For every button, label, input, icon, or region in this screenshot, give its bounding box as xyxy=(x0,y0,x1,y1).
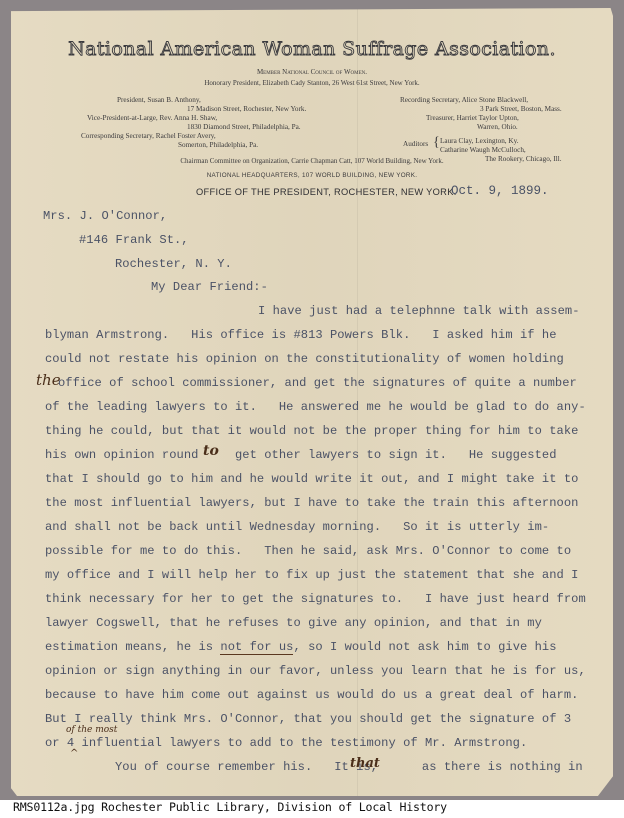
body-line: that I should go to him and he would wri… xyxy=(45,472,578,486)
recipient-street: #146 Frank St., xyxy=(79,233,189,247)
officer-address: Somerton, Philadelphia, Pa. xyxy=(81,141,258,150)
officer-address: 1830 Diamond Street, Philadelphia, Pa. xyxy=(87,123,301,132)
body-line: of the leading lawyers to it. He answere… xyxy=(45,400,586,414)
body-line: possible for me to do this. Then he said… xyxy=(45,544,571,558)
auditors-label: Auditors xyxy=(403,140,428,149)
body-line: and shall not be back until Wednesday mo… xyxy=(45,520,549,534)
salutation: My Dear Friend:- xyxy=(151,280,268,294)
body-line: blyman Armstrong. His office is #813 Pow… xyxy=(45,328,557,342)
body-line: my office and I will help her to fix up … xyxy=(45,568,578,582)
chairman-line: Chairman Committee on Organization, Carr… xyxy=(0,157,624,165)
body-text: estimation means, he is xyxy=(45,640,220,654)
letter-date: Oct. 9, 1899. xyxy=(451,184,549,198)
officer-address: 17 Madison Street, Rochester, New York. xyxy=(117,105,306,114)
officer-role: President, Susan B. Anthony, xyxy=(117,96,306,105)
body-line: because to have him come out against us … xyxy=(45,688,578,702)
recipient-city: Rochester, N. Y. xyxy=(115,257,232,271)
handwritten-to: to xyxy=(203,443,219,459)
officer-role: Treasurer, Harriet Taylor Upton, xyxy=(426,114,519,123)
officer-role: Recording Secretary, Alice Stone Blackwe… xyxy=(400,96,562,105)
member-line: Member National Council of Women. xyxy=(0,68,624,76)
officers-left: President, Susan B. Anthony, 17 Madison … xyxy=(117,96,306,114)
body-line: the most influential lawyers, but I have… xyxy=(45,496,578,510)
caret-mark: ^ xyxy=(70,748,78,759)
recipient-name: Mrs. J. O'Connor, xyxy=(43,209,167,223)
body-line: But I really think Mrs. O'Connor, that y… xyxy=(45,712,571,726)
body-line: office of school commissioner, and get t… xyxy=(58,376,577,390)
body-line: or 4 influential lawyers to add to the t… xyxy=(45,736,527,750)
body-line: thing he could, but that it would not be… xyxy=(45,424,578,438)
officers-left: Corresponding Secretary, Rachel Foster A… xyxy=(81,132,258,150)
body-line: estimation means, he is not for us, so I… xyxy=(45,640,557,654)
underlined-phrase: not for us xyxy=(220,640,293,655)
organization-title: National American Woman Suffrage Associa… xyxy=(0,38,624,60)
brace-icon: { xyxy=(433,136,440,150)
body-line: think necessary for her to get the signa… xyxy=(45,592,586,606)
body-line: lawyer Cogswell, that he refuses to give… xyxy=(45,616,542,630)
image-caption: RMS0112a.jpg Rochester Public Library, D… xyxy=(13,800,447,814)
handwritten-that: that xyxy=(350,756,380,771)
honorary-president: Honorary President, Elizabeth Cady Stant… xyxy=(0,79,624,87)
officers-right: Treasurer, Harriet Taylor Upton, Warren,… xyxy=(426,114,519,132)
officer-address: Warren, Ohio. xyxy=(426,123,519,132)
body-line: I have just had a telephnne talk with as… xyxy=(258,304,580,318)
officer-role: Corresponding Secretary, Rachel Foster A… xyxy=(81,132,258,141)
body-text: , so I would not ask him to give his xyxy=(293,640,556,654)
body-line: could not restate his opinion on the con… xyxy=(45,352,564,366)
handwritten-the: the xyxy=(36,371,61,389)
body-line: You of course remember his. It is, as th… xyxy=(115,760,583,774)
officers-left: Vice-President-at-Large, Rev. Anna H. Sh… xyxy=(87,114,301,132)
officer-address: 3 Park Street, Boston, Mass. xyxy=(400,105,562,114)
officers-right: Recording Secretary, Alice Stone Blackwe… xyxy=(400,96,562,114)
headquarters-line: NATIONAL HEADQUARTERS, 107 WORLD BUILDIN… xyxy=(0,172,624,179)
handwritten-of-the-most: of the most xyxy=(66,725,117,735)
office-line: OFFICE OF THE PRESIDENT, ROCHESTER, NEW … xyxy=(196,187,457,197)
body-line: his own opinion round get other lawyers … xyxy=(45,448,557,462)
officer-role: Vice-President-at-Large, Rev. Anna H. Sh… xyxy=(87,114,301,123)
body-line: opinion or sign anything in our favor, u… xyxy=(45,664,586,678)
